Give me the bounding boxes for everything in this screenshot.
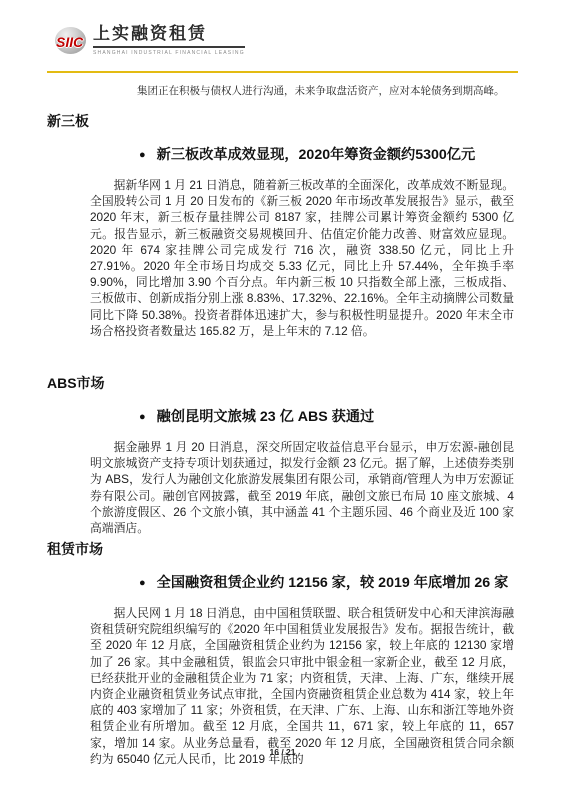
article-body: 据金融界 1 月 20 日消息，深交所固定收益信息平台显示，申万宏源-融创昆明文… <box>90 439 514 536</box>
section-abs-market: ABS市场 ● 融创昆明文旅城 23 亿 ABS 获通过 据金融界 1 月 20… <box>47 374 522 536</box>
section-heading: 新三板 <box>47 112 522 130</box>
bullet-icon: ● <box>139 574 146 592</box>
article-title: ● 融创昆明文旅城 23 亿 ABS 获通过 <box>139 408 522 427</box>
carryover-paragraph-line: 集团正在积极与债权人进行沟通，未来争取盘活资产，应对本轮债务到期高峰。 <box>137 84 505 98</box>
article-title-text: 新三板改革成效显现，2020年筹资金额约5300亿元 <box>157 146 476 164</box>
section-heading: ABS市场 <box>47 374 522 392</box>
header-divider-rule <box>47 71 518 73</box>
bullet-icon: ● <box>139 408 146 426</box>
globe-logo-icon: SIIC <box>55 27 86 54</box>
article-title-text: 全国融资租赁企业约 12156 家，较 2019 年底增加 26 家 <box>157 574 509 592</box>
company-name-en: SHANGHAI INDUSTRIAL FINANCIAL LEASING <box>93 50 245 56</box>
section-leasing-market: 租赁市场 ● 全国融资租赁企业约 12156 家，较 2019 年底增加 26 … <box>47 540 522 767</box>
company-name-cn: 上实融资租赁 <box>93 25 245 48</box>
company-logo: SIIC 上实融资租赁 SHANGHAI INDUSTRIAL FINANCIA… <box>55 25 245 56</box>
article-title: ● 全国融资租赁企业约 12156 家，较 2019 年底增加 26 家 <box>139 574 522 593</box>
article-body: 据新华网 1 月 21 日消息，随着新三板改革的全面深化，改革成效不断显现。全国… <box>90 177 514 339</box>
article-title-text: 融创昆明文旅城 23 亿 ABS 获通过 <box>157 408 375 426</box>
page-number: 16 / 21 <box>0 747 565 757</box>
bullet-icon: ● <box>139 146 146 164</box>
article-body: 据人民网 1 月 18 日消息，由中国租赁联盟、联合租赁研发中心和天津滨海融资租… <box>90 605 514 767</box>
siic-logo-text: SIIC <box>56 34 83 50</box>
document-page: SIIC 上实融资租赁 SHANGHAI INDUSTRIAL FINANCIA… <box>0 0 565 800</box>
section-xinsanban: 新三板 ● 新三板改革成效显现，2020年筹资金额约5300亿元 据新华网 1 … <box>47 112 522 339</box>
section-heading: 租赁市场 <box>47 540 522 558</box>
article-title: ● 新三板改革成效显现，2020年筹资金额约5300亿元 <box>139 146 522 165</box>
company-name-block: 上实融资租赁 SHANGHAI INDUSTRIAL FINANCIAL LEA… <box>93 25 245 56</box>
